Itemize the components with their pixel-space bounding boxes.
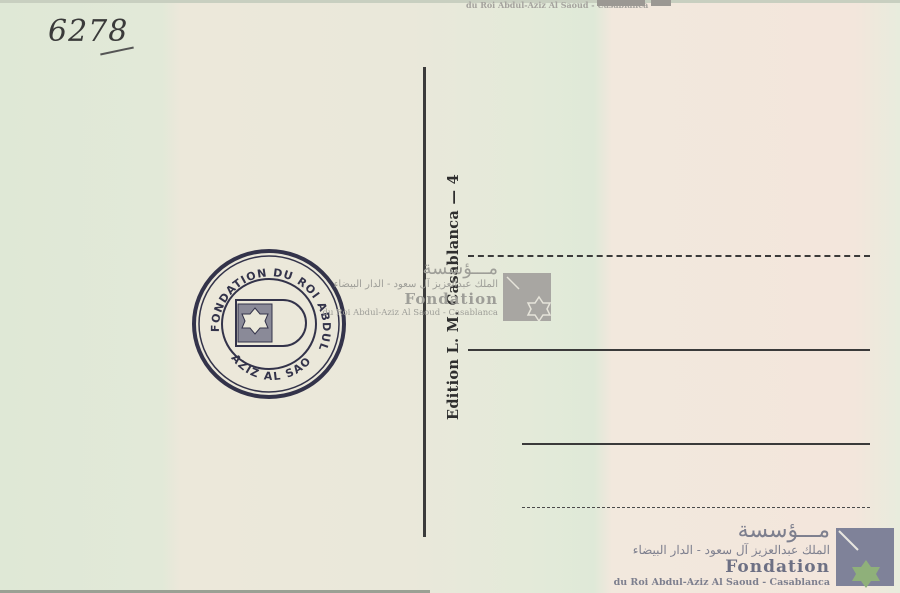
corner-watermark: مـــؤسسة الملك عبدالعزيز آل سعود - الدار… [614,518,830,588]
address-line-3 [522,443,870,445]
postcard-back: du Roi Abdul-Aziz Al Saoud - Casablanca … [0,0,900,593]
handwritten-number: 6278 [48,14,128,49]
address-line-1 [468,255,870,257]
corner-watermark-logo [836,528,894,588]
top-edge [0,0,900,3]
top-watermark-logo [597,0,645,6]
address-line-4 [522,507,870,508]
top-watermark-logo-star [651,0,671,6]
address-line-2 [468,349,870,351]
center-watermark-logo [503,273,551,321]
center-watermark: مـــؤسسة الملك عبدالعزيز آل سعود - الدار… [323,258,498,318]
